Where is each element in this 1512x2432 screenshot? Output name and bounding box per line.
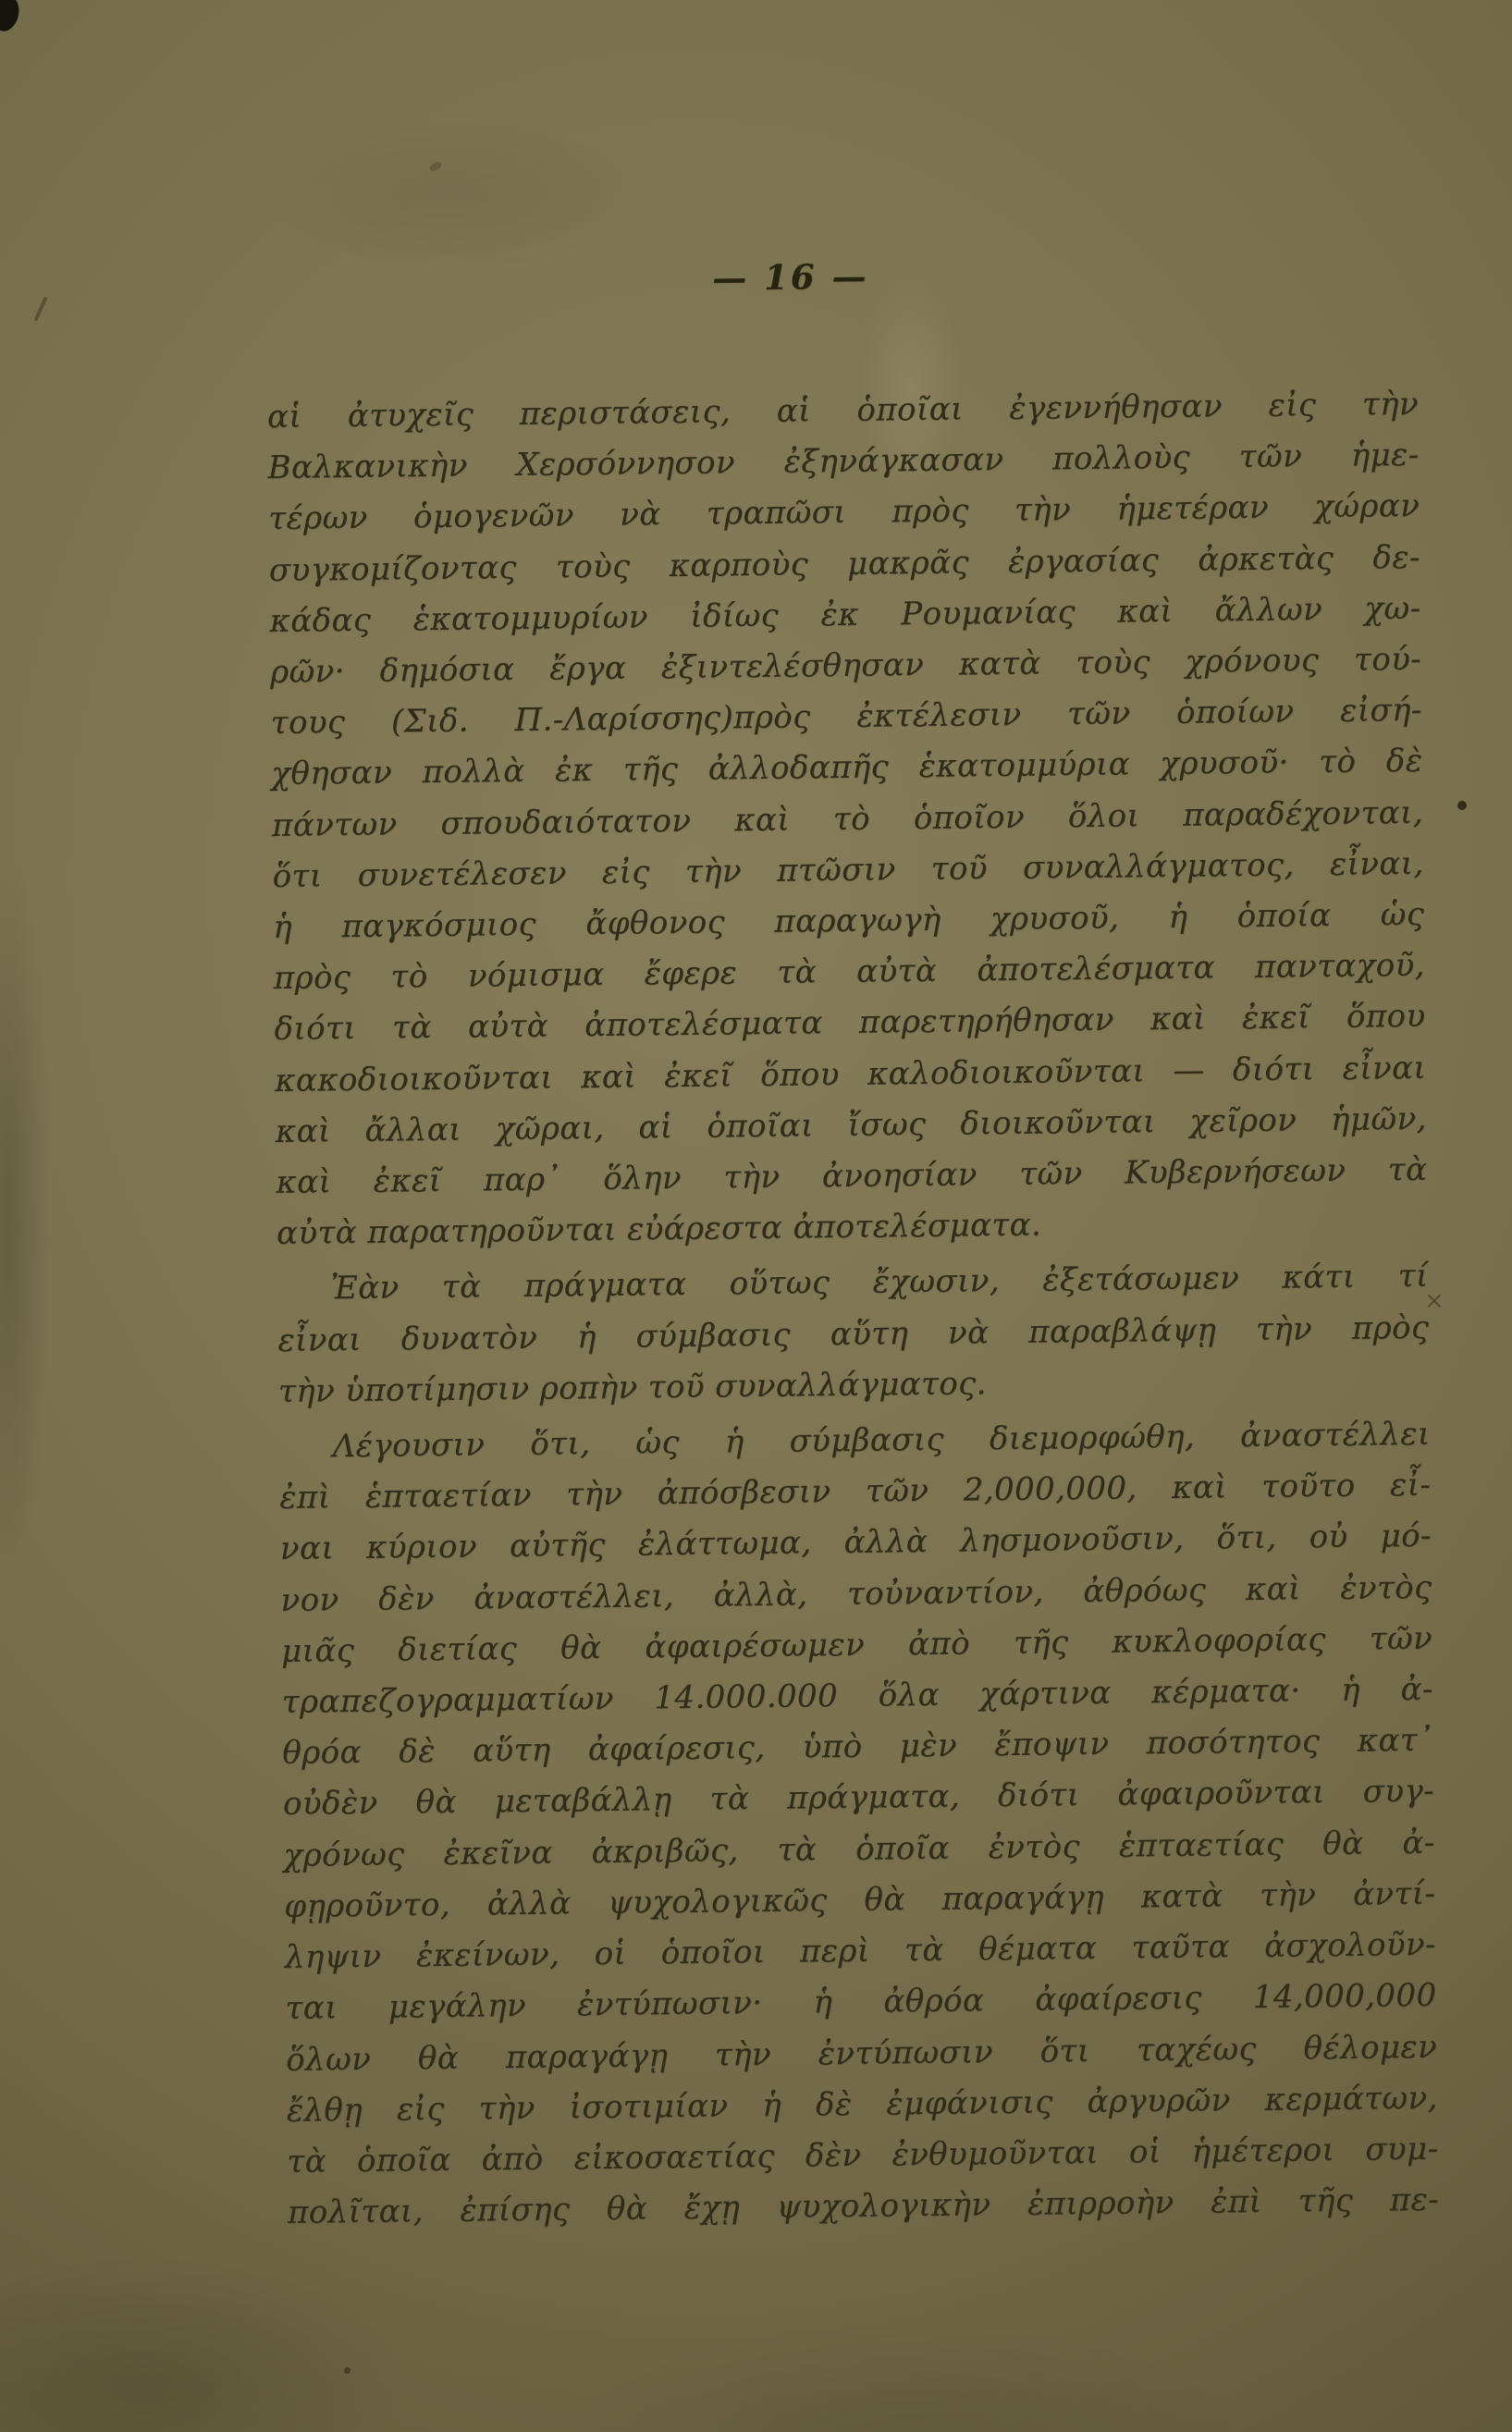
paper-speck-bottom — [344, 2367, 350, 2374]
paragraph: Λέγουσιν ὅτι, ὡς ἡ σύμβασις διεμορφώθη, … — [278, 1409, 1439, 2239]
body-text: αἱ ἀτυχεῖς περιστάσεις, αἱ ὁποῖαι ἐγεννή… — [267, 379, 1440, 2239]
margin-ink-dot — [1457, 801, 1467, 810]
paragraph: Ἐὰν τὰ πράγματα οὕτως ἔχωσιν, ἐξετάσωμεν… — [277, 1251, 1430, 1418]
page-content: — 16 — αἱ ἀτυχεῖς περιστάσεις, αἱ ὁποῖαι… — [265, 239, 1439, 2239]
paragraph: αἱ ἀτυχεῖς περιστάσεις, αἱ ὁποῖαι ἐγεννή… — [267, 379, 1429, 1260]
page-number: — 16 — — [215, 250, 1366, 303]
paper-speck — [428, 160, 443, 173]
corner-ink-blot — [0, 0, 23, 34]
book-page: × — 16 — αἱ ἀτυχεῖς περιστάσεις, αἱ ὁποῖ… — [0, 0, 1512, 2432]
paper-scratch — [33, 296, 47, 321]
